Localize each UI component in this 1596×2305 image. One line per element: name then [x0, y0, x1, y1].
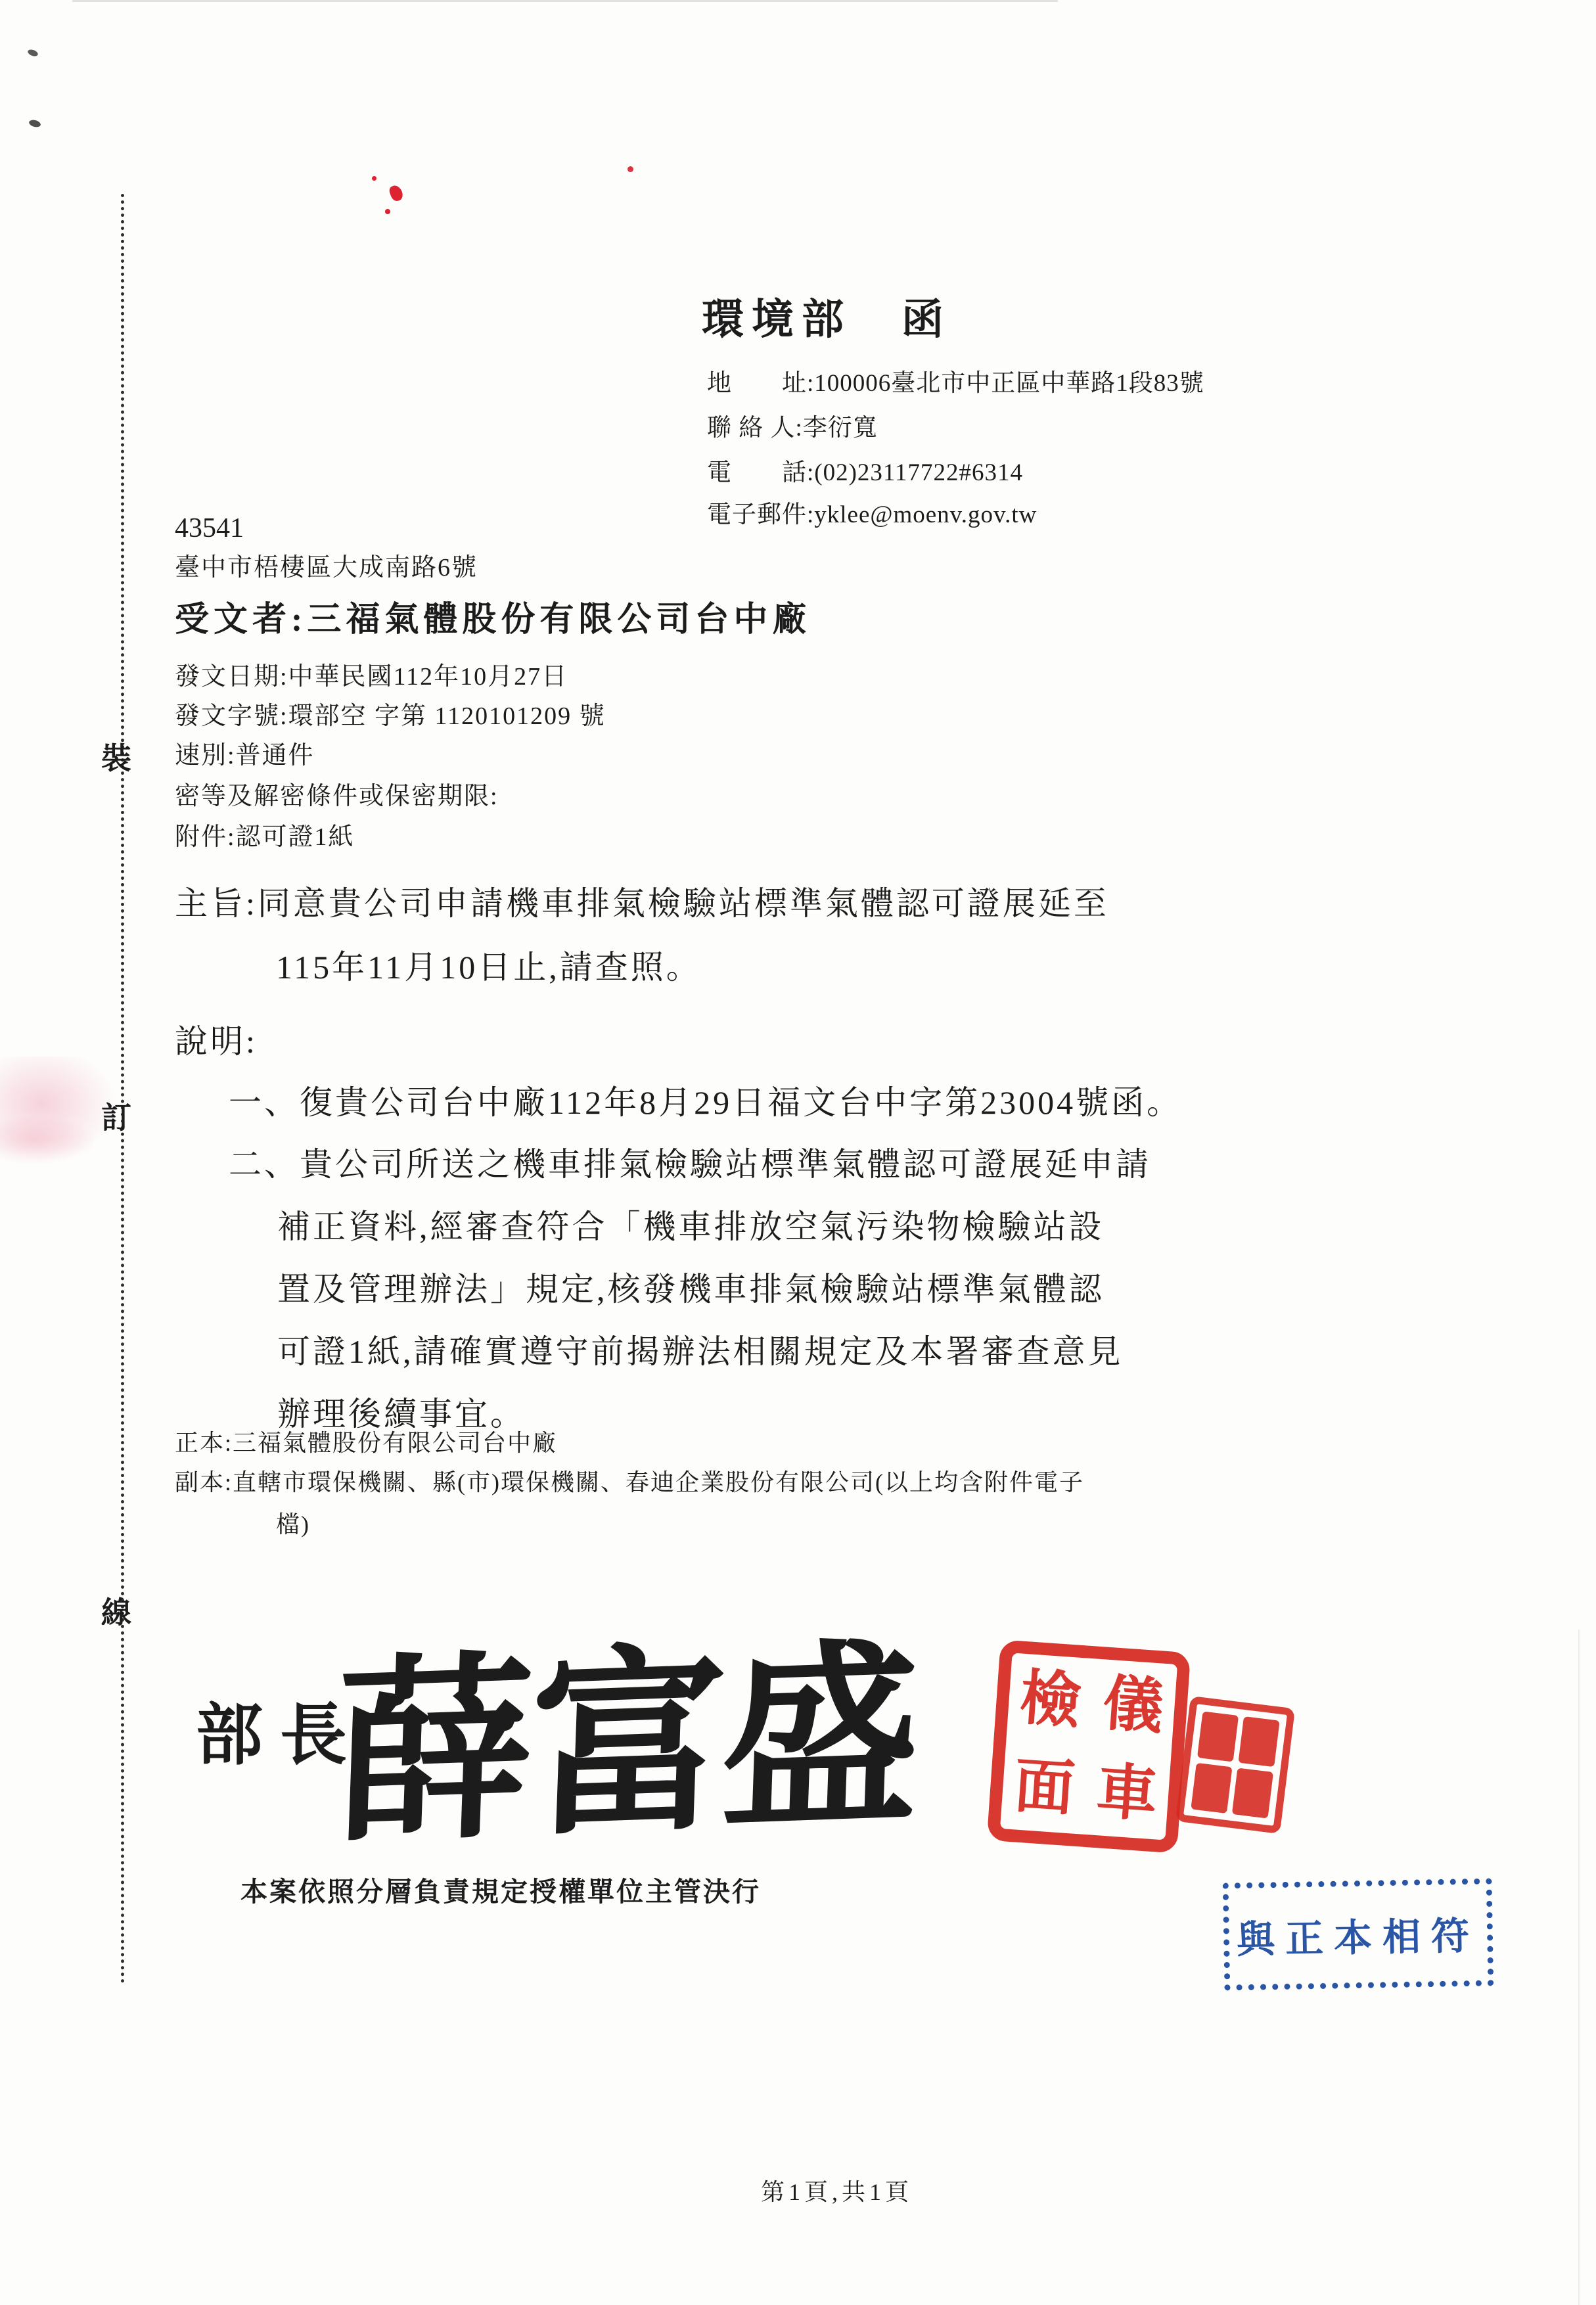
red-ink-speck: [627, 166, 633, 172]
minister-signature: 薛富盛: [332, 1576, 921, 1880]
issuer-title: 環境部 函: [702, 286, 951, 346]
seal-glyph: 車: [1095, 1761, 1159, 1825]
seal-glyph-block: [1232, 1768, 1273, 1818]
issuer-address: 地 址:100006臺北市中正區中華路1段83號: [707, 363, 1204, 398]
binding-label-xian: 線: [101, 1589, 131, 1632]
priority: 速別:普通件: [175, 735, 315, 771]
seal-glyph-block: [1197, 1711, 1239, 1762]
seal-glyph-block: [1191, 1763, 1232, 1814]
certified-true-copy-stamp: 與正本相符: [1223, 1878, 1494, 1990]
explanation-item-1: 一、復貴公司台中廠112年8月29日福文台中字第23004號函。: [229, 1076, 1182, 1124]
scanned-official-letter: 裝 訂 線 環境部 函 地 址:100006臺北市中正區中華路1段83號 聯 絡…: [0, 0, 1596, 2305]
attachment: 附件:認可證1紙: [175, 816, 355, 852]
seal-glyph: 儀: [1101, 1673, 1165, 1737]
cc-line-1: 副本:直轄市環保機關、縣(市)環保機關、春迪企業股份有限公司(以上均含附件電子: [175, 1464, 1084, 1497]
scan-edge-artifact: [72, 0, 1058, 2]
issuer-email: 電子郵件:yklee@moenv.gov.tw: [707, 494, 1037, 530]
binding-dotted-line: [121, 194, 124, 1984]
page-number: 第1頁,共1頁: [761, 2174, 913, 2207]
mail-code: 43541: [175, 513, 244, 544]
delegation-note: 本案依照分層負責規定授權單位主管決行: [240, 1870, 761, 1909]
official-red-seal: 儀 檢 車 面: [987, 1639, 1191, 1853]
explanation-heading: 說明:: [175, 1015, 258, 1062]
scan-speck: [28, 119, 41, 128]
security-level: 密等及解密條件或保密期限:: [175, 775, 499, 811]
explanation-item-2-line-4: 可證1紙,請確實遵守前揭辦法相關規定及本署審查意見: [277, 1325, 1124, 1373]
seal-glyph: 檢: [1018, 1668, 1083, 1732]
seal-glyph-block: [1238, 1716, 1279, 1767]
issuer-contact: 聯 絡 人:李衍寬: [707, 407, 878, 443]
binding-label-zhuang: 裝: [101, 735, 131, 778]
original-copy-line: 正本:三福氣體股份有限公司台中廠: [175, 1425, 557, 1458]
doc-number: 發文字號:環部空 字第 1120101209 號: [175, 695, 606, 731]
small-red-seal: [1175, 1696, 1295, 1834]
issue-date: 發文日期:中華民國112年10月27日: [175, 656, 568, 692]
recipient-line: 受文者:三福氣體股份有限公司台中廠: [175, 591, 811, 641]
pink-smudge-artifact: [0, 1117, 93, 1163]
binding-label-ding: 訂: [101, 1094, 131, 1137]
seal-glyph: 面: [1012, 1755, 1076, 1819]
scan-streak-artifact: [1578, 1630, 1580, 2305]
explanation-item-2-line-2: 補正資料,經審查符合「機車排放空氣污染物檢驗站設: [277, 1200, 1105, 1248]
subject-line-1: 主旨:同意貴公司申請機車排氣檢驗站標準氣體認可證展延至: [175, 877, 1109, 924]
red-ink-speck: [372, 176, 376, 181]
subject-line-2: 115年11月10日止,請查照。: [276, 941, 702, 988]
recipient-address: 臺中市梧棲區大成南路6號: [175, 547, 478, 583]
explanation-item-2-line-1: 二、貴公司所送之機車排氣檢驗站標準氣體認可證展延申請: [229, 1138, 1151, 1185]
scan-speck: [27, 49, 39, 58]
red-ink-speck: [388, 184, 404, 203]
explanation-item-2-line-3: 置及管理辦法」規定,核發機車排氣檢驗站標準氣體認: [277, 1263, 1105, 1310]
red-ink-speck: [385, 209, 390, 214]
stamp-text: 與正本相符: [1236, 1905, 1480, 1964]
cc-line-2: 檔): [276, 1506, 310, 1540]
issuer-phone: 電 話:(02)23117722#6314: [707, 452, 1023, 488]
